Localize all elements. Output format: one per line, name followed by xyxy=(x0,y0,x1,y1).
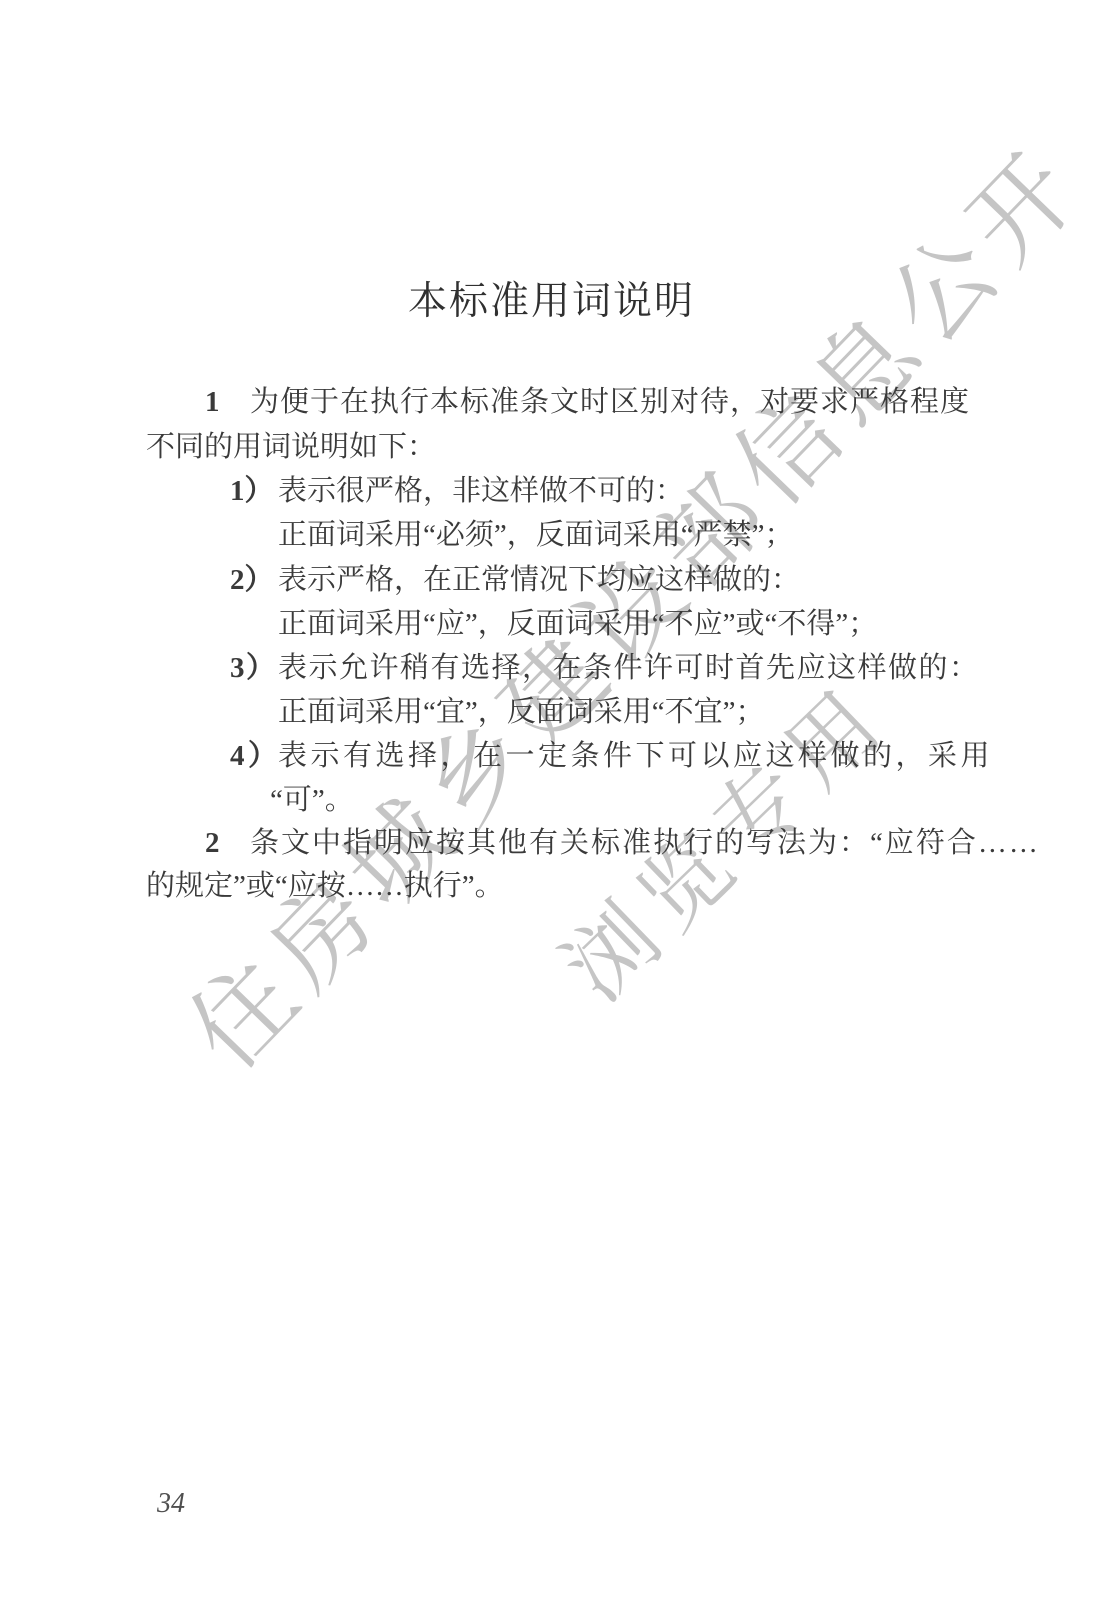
document-title: 本标准用词说明 xyxy=(0,270,1103,326)
clause-number: 1 xyxy=(205,388,250,417)
line-text: 正面词采用“应”，反面词采用“不应”或“不得”； xyxy=(278,608,877,640)
line-text: 不同的用词说明如下： xyxy=(146,431,436,463)
line-text: 正面词采用“必须”，反面词采用“严禁”； xyxy=(278,519,794,551)
list-item-line: 正面词采用“应”，反面词采用“不应”或“不得”； xyxy=(278,610,877,639)
list-item-line: 正面词采用“宜”，反面词采用“不宜”； xyxy=(278,698,765,727)
list-number: 2） xyxy=(230,566,278,595)
paragraph-line: 的规定”或“应按……执行”。 xyxy=(146,872,504,901)
line-text: 正面词采用“宜”，反面词采用“不宜”； xyxy=(278,696,765,728)
paragraph-line: 1为便于在执行本标准条文时区别对待，对要求严格程度 xyxy=(205,388,970,417)
list-item-line: 1）表示很严格，非这样做不可的： xyxy=(230,477,684,506)
line-text: 表示很严格，非这样做不可的： xyxy=(278,475,684,507)
line-text: 条文中指明应按其他有关标准执行的写法为：“应符合…… xyxy=(250,827,1040,859)
page-number: 34 xyxy=(157,1488,185,1520)
list-item-line: 2）表示严格，在正常情况下均应这样做的： xyxy=(230,566,800,595)
line-text: 为便于在执行本标准条文时区别对待，对要求严格程度 xyxy=(250,386,970,418)
list-number: 4） xyxy=(230,742,278,771)
watermark-main: 住房城乡建设部信息公开 xyxy=(151,109,1103,1095)
line-text: 表示有选择，在一定条件下可以应这样做的，采用 xyxy=(278,740,993,772)
list-item-line: 4）表示有选择，在一定条件下可以应这样做的，采用 xyxy=(230,742,993,771)
list-item-line: 正面词采用“必须”，反面词采用“严禁”； xyxy=(278,521,794,550)
paragraph-line: 2条文中指明应按其他有关标准执行的写法为：“应符合…… xyxy=(205,829,1040,858)
line-text: “可”。 xyxy=(270,784,354,816)
list-item-line: “可”。 xyxy=(270,786,354,815)
clause-number: 2 xyxy=(205,829,250,858)
line-text: 表示严格，在正常情况下均应这样做的： xyxy=(278,564,800,596)
list-number: 3） xyxy=(230,654,278,683)
paragraph-line: 不同的用词说明如下： xyxy=(146,433,436,462)
line-text: 的规定”或“应按……执行”。 xyxy=(146,870,504,902)
list-number: 1） xyxy=(230,477,278,506)
document-page: 住房城乡建设部信息公开 浏览专用 本标准用词说明 1为便于在执行本标准条文时区别… xyxy=(0,0,1103,1598)
line-text: 表示允许稍有选择，在条件许可时首先应这样做的： xyxy=(278,652,980,684)
list-item-line: 3）表示允许稍有选择，在条件许可时首先应这样做的： xyxy=(230,654,980,683)
